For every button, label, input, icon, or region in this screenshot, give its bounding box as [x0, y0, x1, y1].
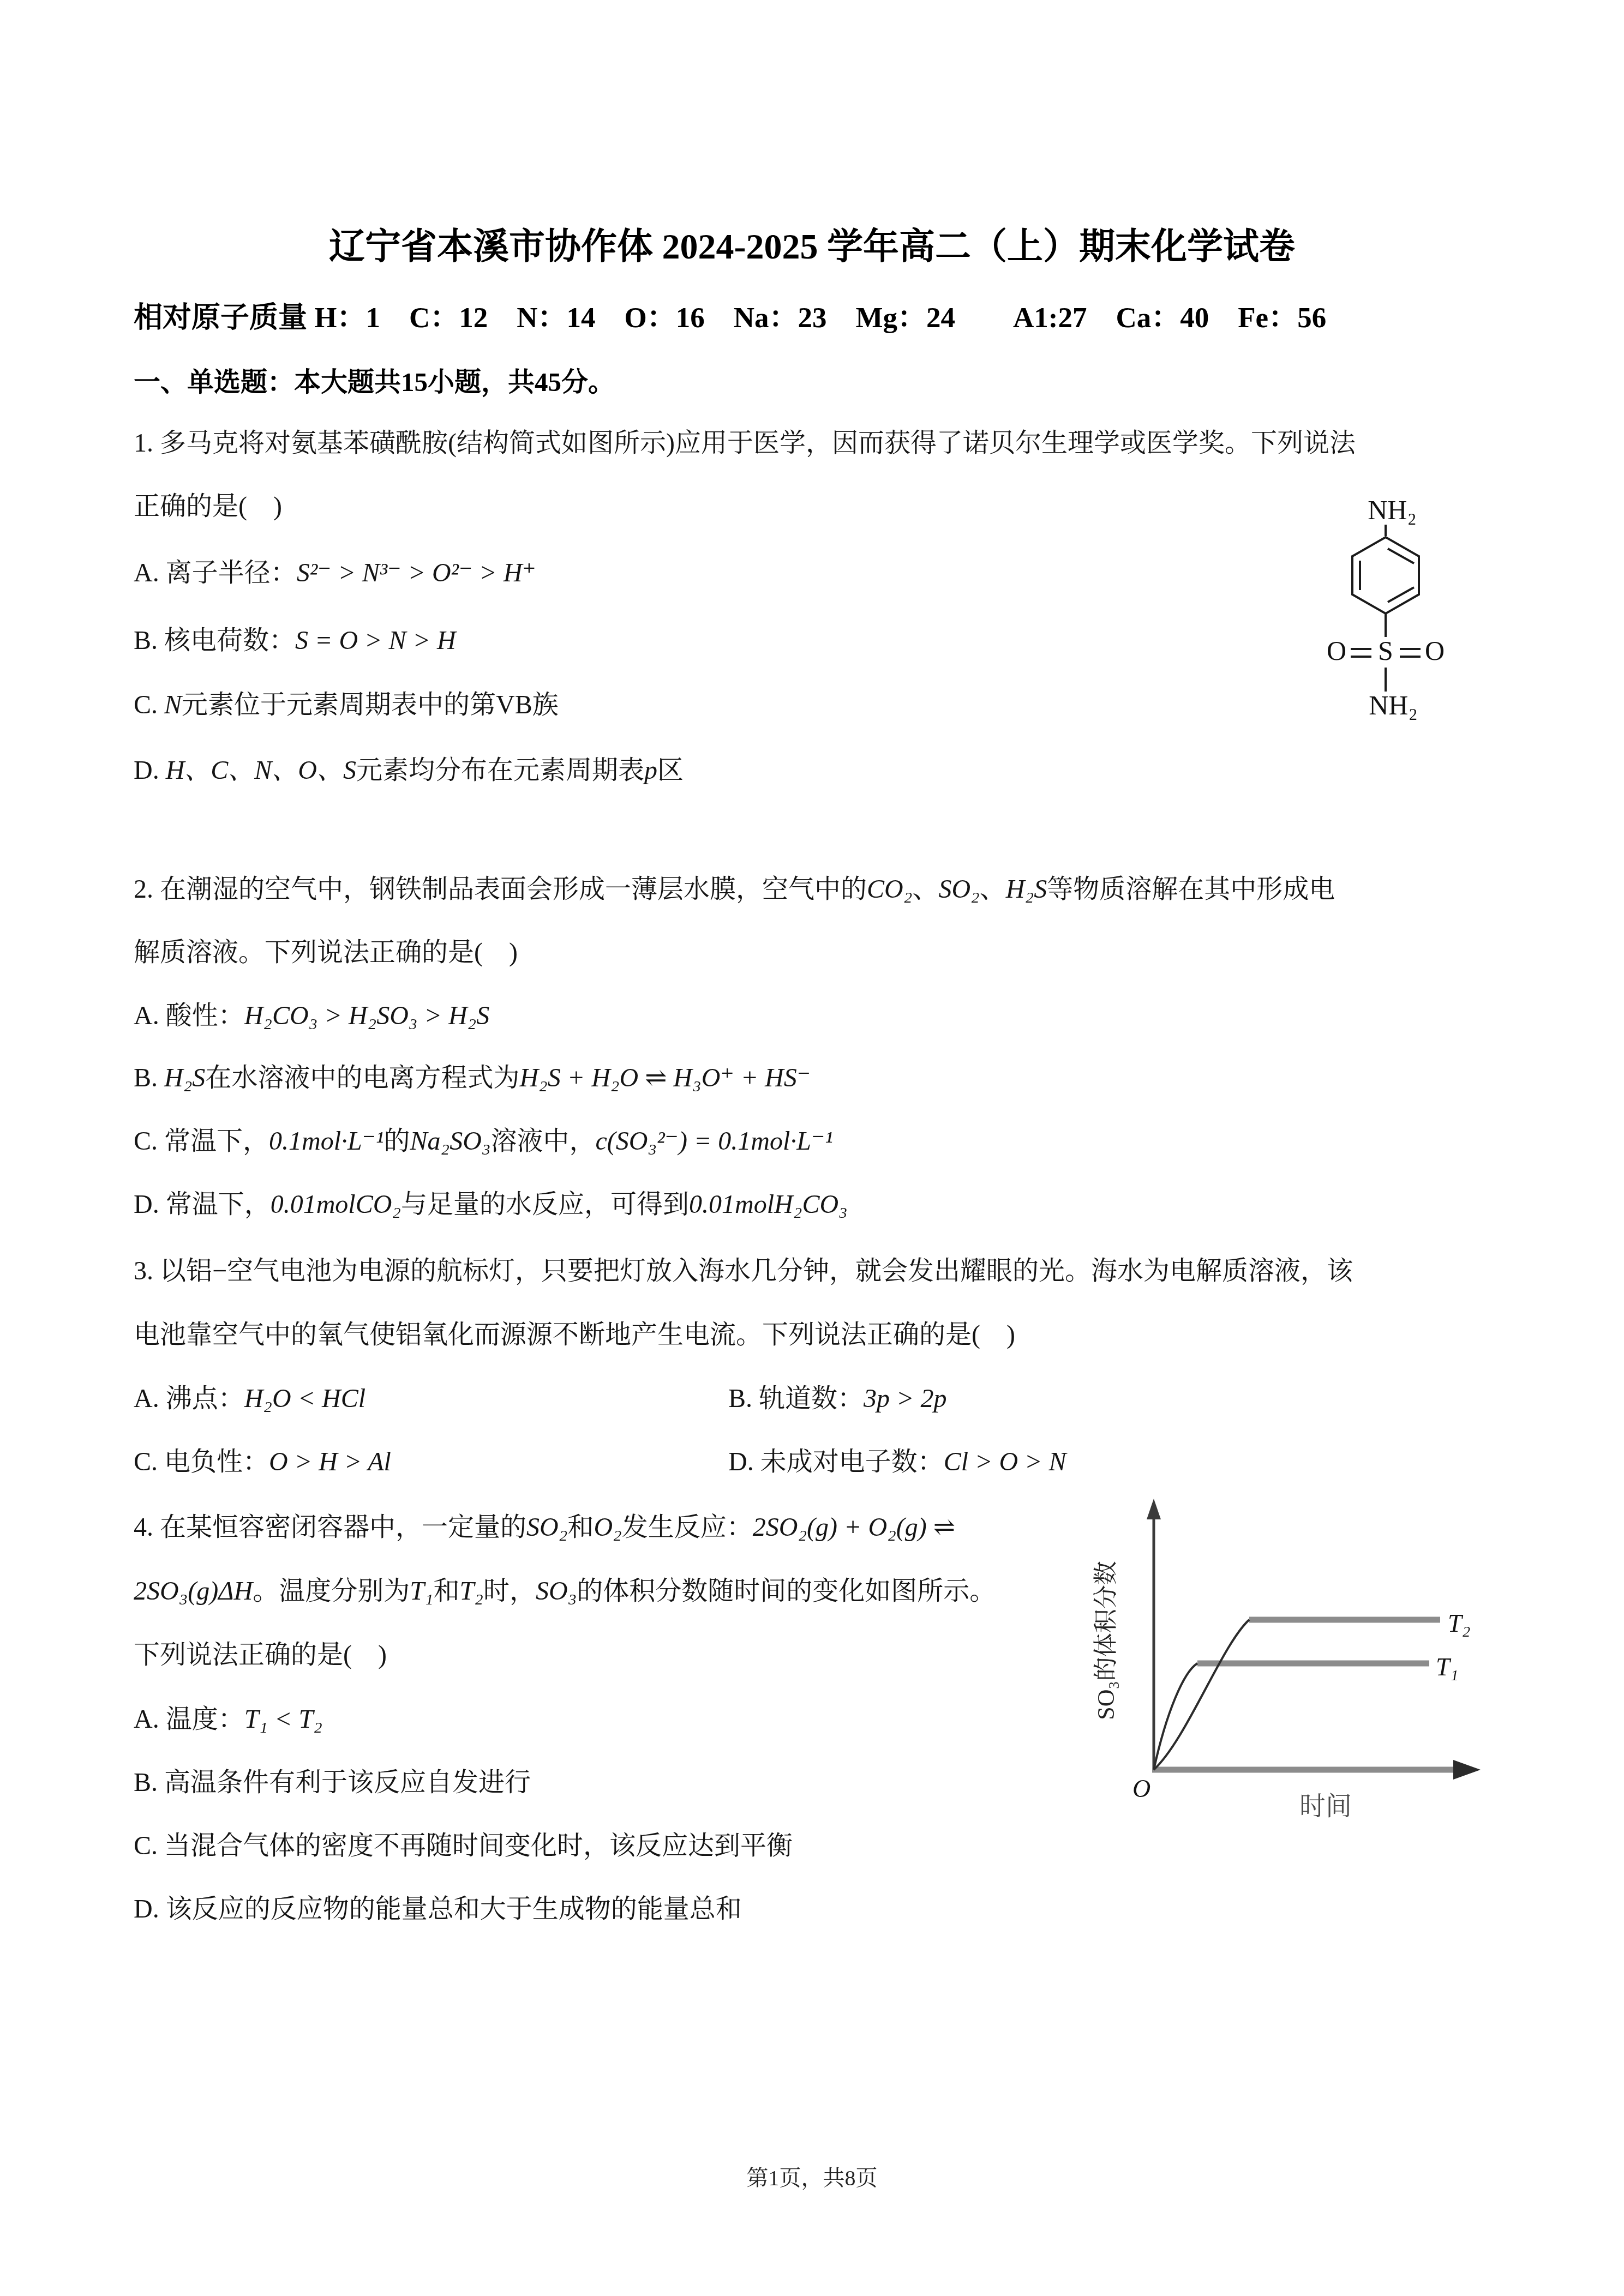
q4-option-b: B. 高温条件有利于该反应自发进行	[134, 1767, 531, 1799]
q2-stem-line-2: 解质溶液。下列说法正确的是( )	[134, 937, 518, 969]
origin-label: O	[1132, 1775, 1150, 1802]
q1-stem-line-1: 1. 多马克将对氨基苯磺酰胺(结构简式如图所示)应用于医学，因而获得了诺贝尔生理…	[134, 428, 1356, 459]
q3-stem-line-2: 电池靠空气中的氧气使铝氧化而源源不断地产生电流。下列说法正确的是( )	[134, 1319, 1015, 1351]
x-axis-label: 时间	[1299, 1792, 1352, 1821]
y-axis-label: SO₃的体积分数	[1093, 1561, 1119, 1720]
sulfur-label: S	[1378, 635, 1393, 666]
page-title: 辽宁省本溪市协作体 2024-2025 学年高二（上）期末化学试卷	[0, 217, 1624, 269]
q3-option-d: D. 未成对电子数：Cl > O > N	[728, 1446, 1066, 1478]
t2-label: T₂	[1448, 1609, 1471, 1637]
q1-option-a: A. 离子半径：S²⁻ > N³⁻ > O²⁻ > H⁺	[134, 557, 536, 589]
x-axis-arrow-icon	[1453, 1760, 1481, 1780]
section-header: 一、单选题：本大题共15小题，共45分。	[134, 361, 615, 399]
q2-option-b: B. H₂S在水溶液中的电离方程式为H₂S + H₂O ⇌ H₃O⁺ + HS⁻	[134, 1062, 811, 1094]
t1-label: T₁	[1436, 1653, 1459, 1681]
q1-option-b: B. 核电荷数：S = O > N > H	[134, 625, 456, 657]
q1-option-c: C. N元素位于元素周期表中的第VB族	[134, 689, 559, 721]
oxygen-left-label: O	[1327, 635, 1346, 666]
q1-stem-line-2: 正确的是( )	[134, 491, 282, 522]
amine-top-label: NH₂	[1368, 495, 1417, 525]
q1-option-d: D. H、C、N、O、S元素均分布在元素周期表p区	[134, 755, 684, 786]
y-axis-arrow-icon	[1147, 1499, 1161, 1519]
amide-bottom-label: NH₂	[1369, 690, 1418, 720]
q4-stem-line-1: 4. 在某恒容密闭容器中，一定量的SO₂和O₂发生反应：2SO₂(g) + O₂…	[134, 1512, 955, 1543]
q4-option-d: D. 该反应的反应物的能量总和大于生成物的能量总和	[134, 1894, 742, 1925]
so3-time-graph: T₂ T₁ O 时间 SO₃的体积分数	[1086, 1483, 1489, 1843]
q2-option-d: D. 常温下，0.01molCO₂与足量的水反应，可得到0.01molH₂CO₃	[134, 1189, 848, 1221]
oxygen-right-label: O	[1425, 635, 1445, 666]
page-footer: 第1页，共8页	[0, 2161, 1624, 2192]
q4-option-c: C. 当混合气体的密度不再随时间变化时，该反应达到平衡	[134, 1830, 793, 1862]
sulfanilamide-structure: NH₂ O S O NH₂	[1298, 480, 1473, 753]
atomic-mass-line: 相对原子质量 H：1 C：12 N：14 O：16 Na：23 Mg：24 A1…	[134, 294, 1326, 336]
t2-curve	[1154, 1620, 1249, 1770]
q2-option-c: C. 常温下，0.1mol·L⁻¹的Na₂SO₃溶液中，c(SO₃²⁻) = 0…	[134, 1126, 833, 1157]
q4-stem-line-3: 下列说法正确的是( )	[134, 1639, 387, 1671]
q4-option-a: A. 温度：T₁ < T₂	[134, 1704, 322, 1735]
q2-option-a: A. 酸性：H₂CO₃ > H₂SO₃ > H₂S	[134, 1000, 489, 1032]
benzene-ring	[1352, 537, 1419, 614]
q2-stem-line-1: 2. 在潮湿的空气中，钢铁制品表面会形成一薄层水膜，空气中的CO₂、SO₂、H₂…	[134, 874, 1335, 905]
q4-stem-line-2: 2SO₃(g)ΔH。温度分别为T₁和T₂时，SO₃的体积分数随时间的变化如图所示…	[134, 1576, 996, 1607]
q3-option-c: C. 电负性：O > H > Al	[134, 1446, 391, 1478]
q3-option-b: B. 轨道数：3p > 2p	[728, 1383, 946, 1415]
q3-option-a: A. 沸点：H₂O < HCl	[134, 1383, 365, 1415]
q3-stem-line-1: 3. 以铝−空气电池为电源的航标灯，只要把灯放入海水几分钟，就会发出耀眼的光。海…	[134, 1255, 1353, 1287]
